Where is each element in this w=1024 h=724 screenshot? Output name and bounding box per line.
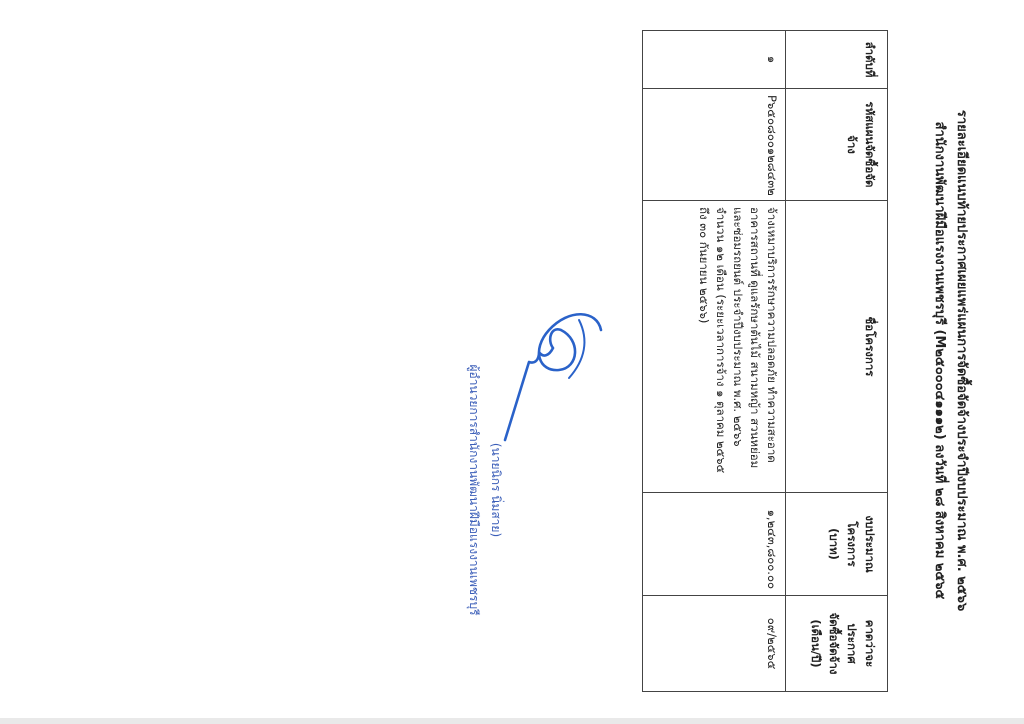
document-subtitle: สำนักงานพัฒนาฝีมือแรงงานเพชรบุรี (M๒๕๐๐๐… — [928, 30, 950, 691]
procurement-plan-table: ลำดับที่ รหัสแผนจัดซื้อจัดจ้าง ชื่อโครงก… — [642, 30, 888, 692]
rotated-document-page: รายละเอียดแนบท้ายประกาศเผยแพร่แผนการจัดซ… — [0, 0, 1024, 724]
header-date-line: ประกาศ — [843, 602, 861, 685]
signatory-name: (นายนิกร นิ่มสาย) — [486, 350, 506, 630]
header-budget-line: (บาท) — [825, 499, 843, 589]
cell-budget: ๑,๒๔๓,๘๐๐.๐๐ — [643, 493, 786, 596]
table-header-row: ลำดับที่ รหัสแผนจัดซื้อจัดจ้าง ชื่อโครงก… — [786, 31, 888, 692]
header-seq: ลำดับที่ — [786, 31, 888, 89]
project-name-line: ถึง ๓๐ กันยายน ๒๕๖๖) — [695, 207, 712, 486]
signature-icon — [499, 300, 609, 450]
header-budget: งบประมาณ โครงการ (บาท) — [786, 493, 888, 596]
table-row: ๑ P๖๕๐๘๐๐๑๒๘๔๓๒ จ้างเหมาบริการรักษาความป… — [643, 31, 786, 692]
header-date: คาดว่าจะ ประกาศ จัดซื้อจัดจ้าง (เดือน/ปี… — [786, 596, 888, 692]
project-name-line: จำนวน ๑๒ เดือน (ระยะเวลาการจ้าง ๑ ตุลาคม… — [712, 207, 729, 486]
header-date-line: คาดว่าจะ — [861, 602, 879, 685]
header-name: ชื่อโครงการ — [786, 201, 888, 493]
project-name-line: อาคารสถานที่ ดูแลรักษาต้นไม้ สนามหญ้า สว… — [746, 207, 763, 486]
project-name-line: และซ่อมรถยนต์ ประจำปีงบประมาณ พ.ศ. ๒๕๖๖ — [729, 207, 746, 486]
cell-code: P๖๕๐๘๐๐๑๒๘๔๓๒ — [643, 89, 786, 201]
header-date-line: จัดซื้อจัดจ้าง — [825, 602, 843, 685]
cell-name: จ้างเหมาบริการรักษาความปลอดภัย ทำความสะอ… — [643, 201, 786, 493]
header-budget-line: โครงการ — [843, 499, 861, 589]
cell-seq: ๑ — [643, 31, 786, 89]
document-title: รายละเอียดแนบท้ายประกาศเผยแพร่แผนการจัดซ… — [950, 30, 972, 691]
header-date-line: (เดือน/ปี) — [807, 602, 825, 685]
header-budget-line: งบประมาณ — [861, 499, 879, 589]
project-name-line: จ้างเหมาบริการรักษาความปลอดภัย ทำความสะอ… — [763, 207, 780, 486]
signatory-position: ผู้อำนวยการสำนักงานพัฒนาฝีมือแรงงานเพชรบ… — [464, 350, 484, 630]
header-code: รหัสแผนจัดซื้อจัดจ้าง — [786, 89, 888, 201]
cell-date: ๐๙/๒๕๖๕ — [643, 596, 786, 692]
